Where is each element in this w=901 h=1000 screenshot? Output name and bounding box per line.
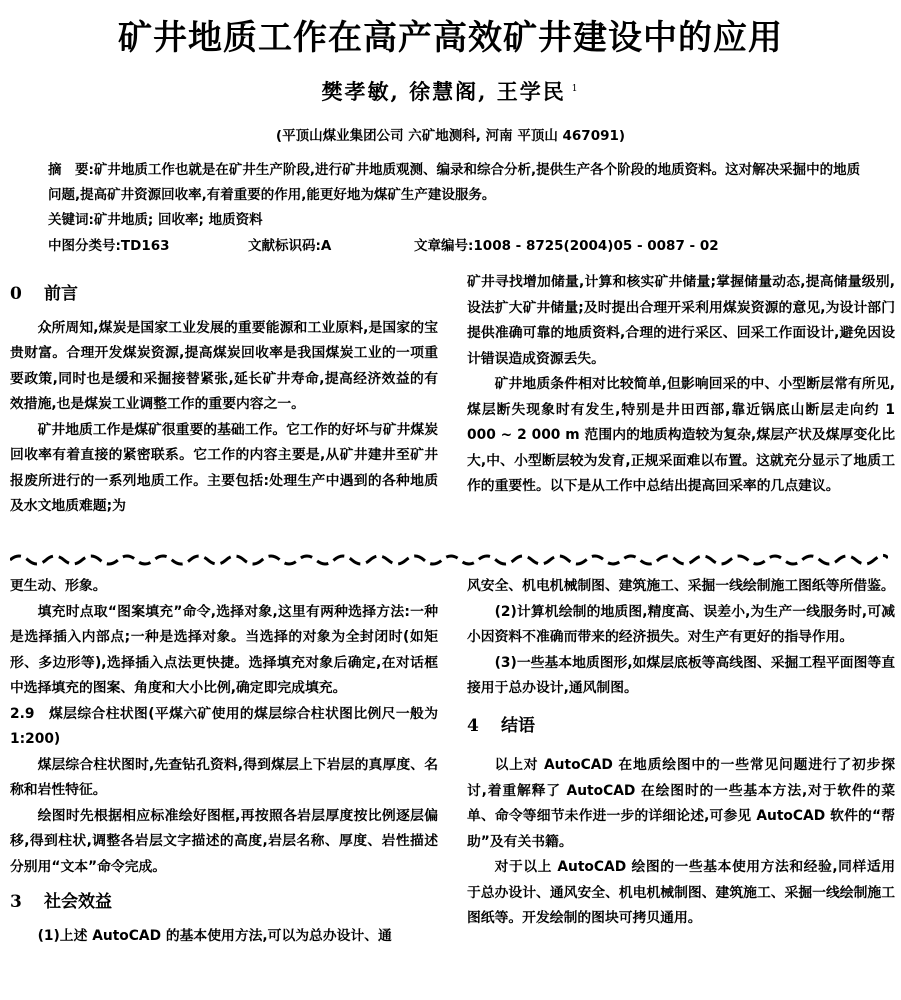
keywords-text: 矿井地质; 回收率; 地质资料 [94,212,263,228]
subsection-heading-2-9: 2.9 煤层综合柱状图(平煤六矿使用的煤层综合柱状图比例尺一般为 1:200) [10,702,438,753]
paragraph: 煤层综合柱状图时,先查钻孔资料,得到煤层上下岩层的真厚度、名称和岩性特征。 [10,753,438,804]
author-footnote-mark: 1 [572,84,580,94]
keywords-label: 关键词: [48,212,94,228]
paragraph: 以上对 AutoCAD 在地质绘图中的一些常见问题进行了初步探讨,着重解释了 A… [467,753,895,855]
author-list: 樊孝敏, 徐慧阁, 王学民1 [0,76,901,106]
paper-title: 矿井地质工作在高产高效矿井建设中的应用 [0,10,901,59]
abstract-text: 矿井地质工作也就是在矿井生产阶段,进行矿井地质观测、编录和综合分析,提供生产各个… [48,162,860,203]
paragraph: 对于以上 AutoCAD 绘图的一些基本使用方法和经验,同样适用于总办设计、通风… [467,855,895,932]
paragraph: 绘图时先根据相应标准绘好图框,再按照各岩层厚度按比例逐层偏移,得到柱状,调整各岩… [10,804,438,881]
document-code: 文献标识码:A [248,234,331,254]
paragraph: 矿井地质工作是煤矿很重要的基础工作。它工作的好坏与矿井煤炭回收率有着直接的紧密联… [10,418,438,520]
wavy-break-line [10,548,888,568]
abstract-label: 摘 要: [48,162,94,178]
upper-left-column: 0前言 众所周知,煤炭是国家工业发展的重要能源和工业原料,是国家的宝贵财富。合理… [10,282,438,520]
paragraph: 矿井寻找增加储量,计算和核实矿井储量;掌握储量动态,提高储量级别,设法扩大矿井储… [467,270,895,372]
paragraph: 风安全、机电机械制图、建筑施工、采掘一线绘制施工图纸等所借鉴。 [467,574,895,600]
lower-left-column: 更生动、形象。 填充时点取“图案填充”命令,选择对象,这里有两种选择方法:一种是… [10,574,438,949]
article-number: 文章编号:1008 - 8725(2004)05 - 0087 - 02 [414,234,719,254]
paragraph: (1)上述 AutoCAD 的基本使用方法,可以为总办设计、通 [10,924,438,950]
clc-number: 中图分类号:TD163 [48,234,170,254]
lower-right-column: 风安全、机电机械制图、建筑施工、采掘一线绘制施工图纸等所借鉴。 (2)计算机绘制… [467,574,895,932]
section-heading-4: 4结语 [467,714,895,740]
paragraph: (3)一些基本地质图形,如煤层底板等高线图、采掘工程平面图等直接用于总办设计,通… [467,651,895,702]
paragraph: 众所周知,煤炭是国家工业发展的重要能源和工业原料,是国家的宝贵财富。合理开发煤炭… [10,316,438,418]
paragraph: 更生动、形象。 [10,574,438,600]
keywords: 关键词:矿井地质; 回收率; 地质资料 [48,208,263,228]
paragraph: (2)计算机绘制的地质图,精度高、误差小,为生产一线服务时,可减小因资料不准确而… [467,600,895,651]
authors-text: 樊孝敏, 徐慧阁, 王学民 [322,79,566,104]
upper-right-column: 矿井寻找增加储量,计算和核实矿井储量;掌握储量动态,提高储量级别,设法扩大矿井储… [467,270,895,500]
paragraph: 矿井地质条件相对比较简单,但影响回采的中、小型断层常有所见,煤层断失现象时有发生… [467,372,895,500]
section-heading-0: 0前言 [10,282,438,308]
section-heading-3: 3社会效益 [10,890,438,916]
affiliation: (平顶山煤业集团公司 六矿地测科, 河南 平顶山 467091) [0,124,901,144]
paragraph: 填充时点取“图案填充”命令,选择对象,这里有两种选择方法:一种是选择插入内部点;… [10,600,438,702]
abstract: 摘 要:矿井地质工作也就是在矿井生产阶段,进行矿井地质观测、编录和综合分析,提供… [48,158,868,208]
